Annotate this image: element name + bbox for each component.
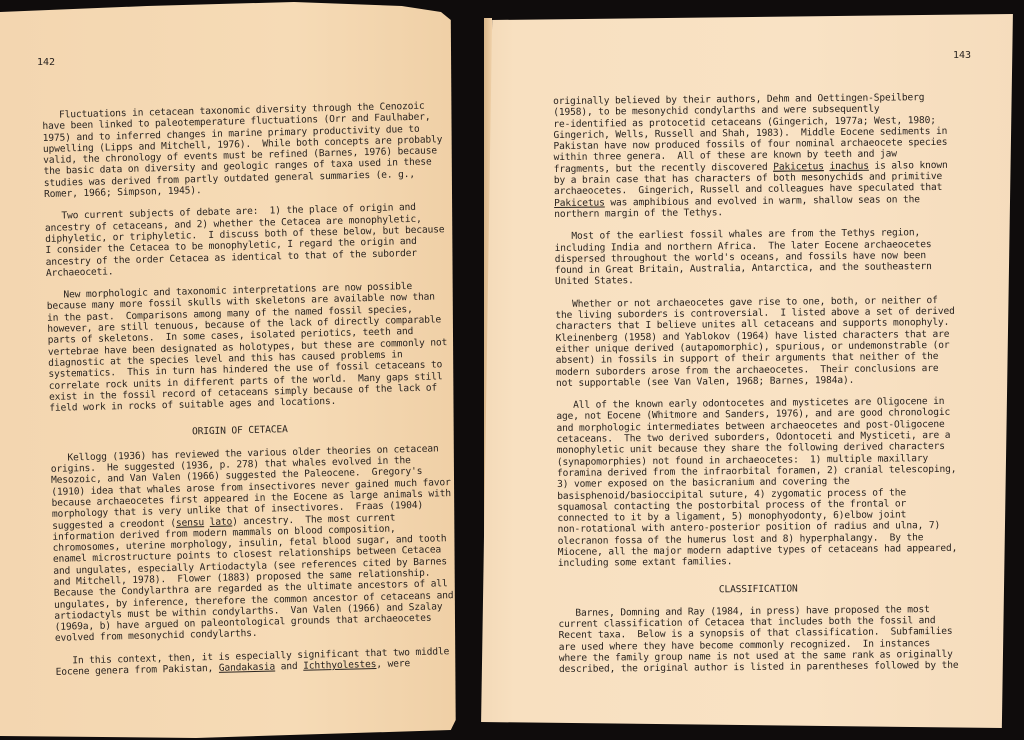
right-page-paragraph: All of the known early odontocetes and m… — [556, 396, 958, 570]
right-page-paragraph: Most of the earliest fossil whales are f… — [554, 227, 955, 288]
right-page-body: originally believed by their authors, De… — [553, 92, 959, 687]
left-page-paragraph: In this context, then, it is especially … — [55, 646, 435, 678]
section-heading: ORIGIN OF CETACEA — [50, 421, 430, 442]
right-page-paragraph: Barnes, Domning and Ray (1984, in press)… — [558, 604, 959, 676]
section-heading: CLASSIFICATION — [558, 581, 958, 596]
left-page-paragraph: Kellogg (1936) has reviewed the various … — [50, 443, 435, 644]
left-page-paragraph: Fluctuations in cetacean taxonomic diver… — [42, 101, 424, 201]
left-page-paragraph: New morphologic and taxonomic interpreta… — [46, 281, 429, 415]
left-page-paragraph: Two current subjects of debate are: 1) t… — [44, 202, 426, 279]
left-page-body: Fluctuations in cetacean taxonomic diver… — [42, 101, 436, 689]
right-page-number: 143 — [953, 50, 971, 61]
right-page-paragraph: originally believed by their authors, De… — [553, 92, 954, 220]
left-page-number: 142 — [37, 57, 55, 68]
right-page-paragraph: Whether or not archaeocetes gave rise to… — [555, 295, 956, 390]
